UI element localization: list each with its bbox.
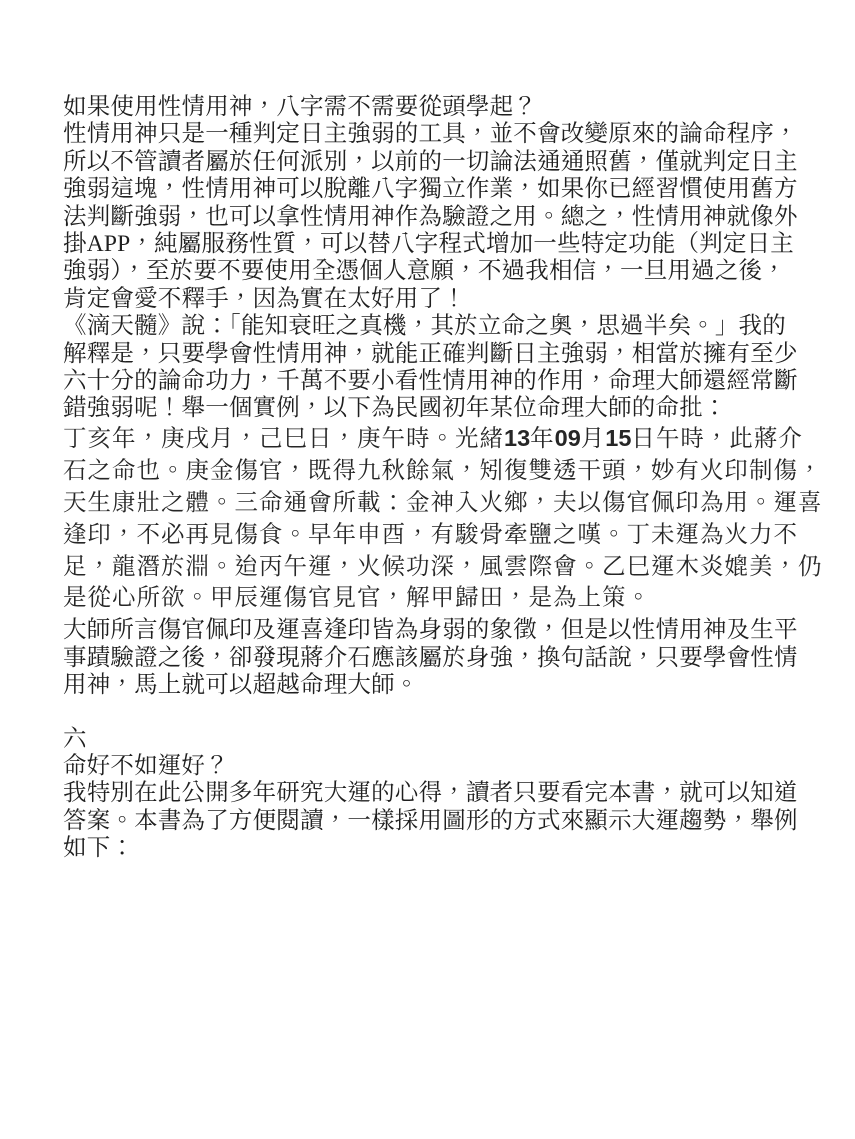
text-line: 丁亥年，庚戌月，己巳日，庚午時。光緒13年09月15日午時，此蔣介 xyxy=(63,423,803,456)
text-line: 強弱這塊，性情用神可以脫離八字獨立作業，如果你已經習慣使用舊方 xyxy=(63,176,803,203)
text-run: 年 xyxy=(530,426,555,452)
section-number: 六 xyxy=(63,726,803,753)
text-line: 是從心所欲。甲辰運傷官見官，解甲歸田，是為上策。 xyxy=(63,583,803,615)
book-page: 如果使用性情用神，八字需不需要從頭學起？性情用神只是一種判定日主強弱的工具，並不… xyxy=(0,0,855,1139)
text-line: 命好不如運好？ xyxy=(63,753,803,780)
text-line: 逢印，不必再見傷食。早年申酉，有駿骨牽鹽之嘆。丁未運為火力不 xyxy=(63,520,803,552)
date-number: 13 xyxy=(504,425,530,451)
text-line: 天生康壯之體。三命通會所載：金神入火鄉，夫以傷官佩印為用。運喜 xyxy=(63,488,803,520)
text-line: 事蹟驗證之後，卻發現蔣介石應該屬於身強，換句話說，只要學會性情 xyxy=(63,645,803,672)
text-line: 大師所言傷官佩印及運喜逢印皆為身弱的象徵，但是以性情用神及生平 xyxy=(63,617,803,644)
paragraph-ditiansui: 《滴天髓》說：「能知衰旺之真機，其於立命之奧，思過半矣。」我的解釋是，只要學會性… xyxy=(63,313,803,423)
text-line: 錯強弱呢！舉一個實例，以下為民國初年某位命理大師的命批： xyxy=(63,395,803,422)
question-opening: 如果使用性情用神，八字需不需要從頭學起？ xyxy=(63,94,803,121)
text-line: 肯定會愛不釋手，因為實在太好用了！ xyxy=(63,286,803,313)
text-line: 強弱），至於要不要使用全憑個人意願，不過我相信，一旦用過之後， xyxy=(63,258,803,285)
text-line: 《滴天髓》說：「能知衰旺之真機，其於立命之奧，思過半矣。」我的 xyxy=(63,313,803,340)
question-luck: 命好不如運好？ xyxy=(63,753,803,780)
text-line: 性情用神只是一種判定日主強弱的工具，並不會改變原來的論命程序， xyxy=(63,121,803,148)
date-number: 09 xyxy=(555,425,581,451)
article-body: 如果使用性情用神，八字需不需要從頭學起？性情用神只是一種判定日主強弱的工具，並不… xyxy=(63,94,803,863)
date-number: 15 xyxy=(605,425,631,451)
paragraph-master-comment: 大師所言傷官佩印及運喜逢印皆為身弱的象徵，但是以性情用神及生平事蹟驗證之後，卻發… xyxy=(63,617,803,699)
text-line: 六 xyxy=(63,726,803,753)
text-run: 丁亥年，庚戌月，己巳日，庚午時。光緒 xyxy=(63,426,504,452)
paragraph-mingpi-quote: 丁亥年，庚戌月，己巳日，庚午時。光緒13年09月15日午時，此蔣介石之命也。庚金… xyxy=(63,423,803,615)
paragraph-answer-opening: 性情用神只是一種判定日主強弱的工具，並不會改變原來的論命程序，所以不管讀者屬於任… xyxy=(63,121,803,313)
text-line: 石之命也。庚金傷官，既得九秋餘氣，矧復雙透干頭，妙有火印制傷， xyxy=(63,456,803,488)
text-line: 答案。本書為了方便閱讀，一樣採用圖形的方式來顯示大運趨勢，舉例 xyxy=(63,808,803,835)
text-line: 用神，馬上就可以超越命理大師。 xyxy=(63,672,803,699)
text-line: 所以不管讀者屬於任何派別，以前的一切論法通通照舊，僅就判定日主 xyxy=(63,149,803,176)
text-run: 月 xyxy=(581,426,606,452)
text-line: 法判斷強弱，也可以拿性情用神作為驗證之用。總之，性情用神就像外 xyxy=(63,204,803,231)
text-line: 解釋是，只要學會性情用神，就能正確判斷日主強弱，相當於擁有至少 xyxy=(63,341,803,368)
text-run: 日午時，此蔣介 xyxy=(631,426,803,452)
text-line: 六十分的論命功力，千萬不要小看性情用神的作用，命理大師還經常斷 xyxy=(63,368,803,395)
text-line: 掛APP，純屬服務性質，可以替八字程式增加一些特定功能（判定日主 xyxy=(63,231,803,258)
text-line: 如下： xyxy=(63,835,803,862)
text-line: 如果使用性情用神，八字需不需要從頭學起？ xyxy=(63,94,803,121)
section-break xyxy=(63,700,803,726)
text-line: 足，龍潛於淵。迨丙午運，火候功深，風雲際會。乙巳運木炎媲美，仍 xyxy=(63,552,803,584)
text-line: 我特別在此公開多年研究大運的心得，讀者只要看完本書，就可以知道 xyxy=(63,780,803,807)
paragraph-dayun: 我特別在此公開多年研究大運的心得，讀者只要看完本書，就可以知道答案。本書為了方便… xyxy=(63,780,803,862)
